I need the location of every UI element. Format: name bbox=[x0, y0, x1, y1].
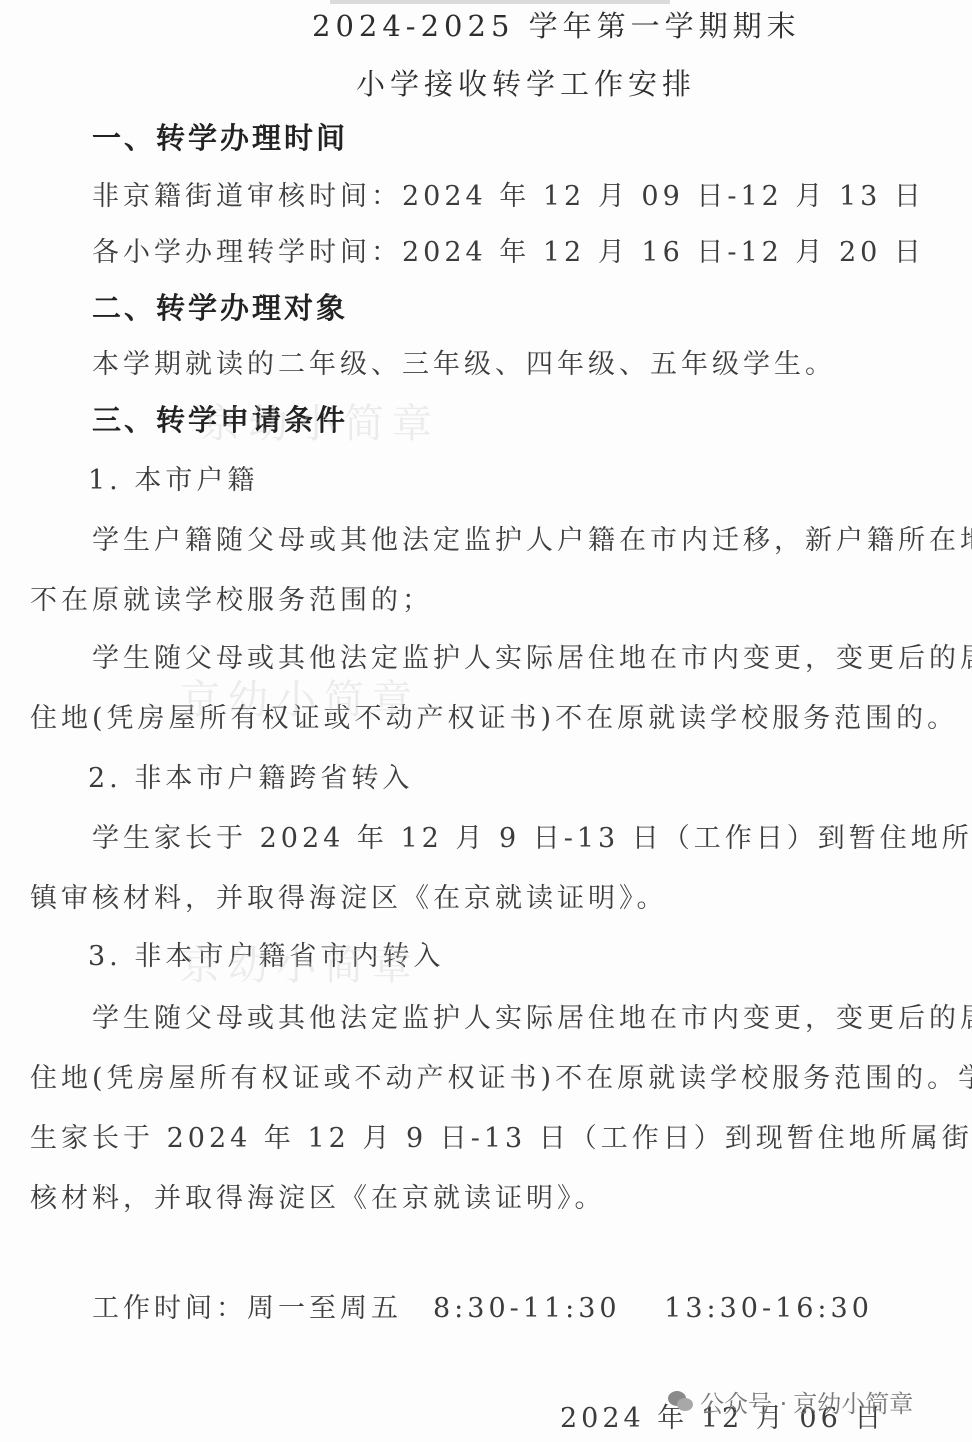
watermark-prefix: 公众号 · bbox=[700, 1384, 787, 1419]
item2-p1-line2: 镇审核材料，并取得海淀区《在京就读证明》。 bbox=[30, 876, 668, 915]
item3-p1-line2: 住地(凭房屋所有权证或不动产权证书)不在原就读学校服务范围的。学 bbox=[30, 1056, 972, 1095]
item1-label: 1. 本市户籍 bbox=[88, 458, 258, 497]
section1-line1: 非京籍街道审核时间：2024 年 12 月 09 日-12 月 13 日 bbox=[92, 174, 925, 213]
item1-p1-line1: 学生户籍随父母或其他法定监护人户籍在市内迁移，新户籍所在地 bbox=[92, 518, 972, 557]
item3-p1-line1: 学生随父母或其他法定监护人实际居住地在市内变更，变更后的居 bbox=[92, 996, 972, 1035]
item1-p2-line2: 住地(凭房屋所有权证或不动产权证书)不在原就读学校服务范围的。 bbox=[30, 696, 958, 735]
wechat-icon bbox=[668, 1391, 694, 1413]
item2-label: 2. 非本市户籍跨省转入 bbox=[88, 756, 413, 795]
section1-heading: 一、转学办理时间 bbox=[92, 116, 348, 157]
section2-heading: 二、转学办理对象 bbox=[92, 286, 348, 327]
work-hours: 工作时间：周一至周五 8:30-11:30 13:30-16:30 bbox=[92, 1286, 873, 1325]
item1-p1-line2: 不在原就读学校服务范围的； bbox=[30, 578, 433, 617]
watermark-text: 京幼小简章 bbox=[180, 934, 420, 991]
watermark-text: 京幼小简章 bbox=[180, 668, 420, 725]
wechat-watermark: 公众号 · 京幼小简章 bbox=[668, 1384, 913, 1419]
section2-line1: 本学期就读的二年级、三年级、四年级、五年级学生。 bbox=[92, 342, 836, 381]
doc-title-line1: 2024-2025 学年第一学期期末 bbox=[312, 4, 801, 45]
watermark-text: 京幼小简章 bbox=[200, 392, 440, 449]
item3-p1-line4: 核材料，并取得海淀区《在京就读证明》。 bbox=[30, 1176, 606, 1215]
item3-p1-line3: 生家长于 2024 年 12 月 9 日-13 日（工作日）到现暂住地所属街乡镇… bbox=[30, 1116, 972, 1155]
item2-p1-line1: 学生家长于 2024 年 12 月 9 日-13 日（工作日）到暂住地所属街乡 bbox=[92, 816, 972, 855]
watermark-account: 京幼小简章 bbox=[793, 1384, 913, 1419]
section1-line2: 各小学办理转学时间：2024 年 12 月 16 日-12 月 20 日 bbox=[92, 230, 925, 269]
doc-title-line2: 小学接收转学工作安排 bbox=[356, 62, 696, 103]
document-page: 2024-2025 学年第一学期期末 小学接收转学工作安排 一、转学办理时间 非… bbox=[0, 0, 972, 1442]
